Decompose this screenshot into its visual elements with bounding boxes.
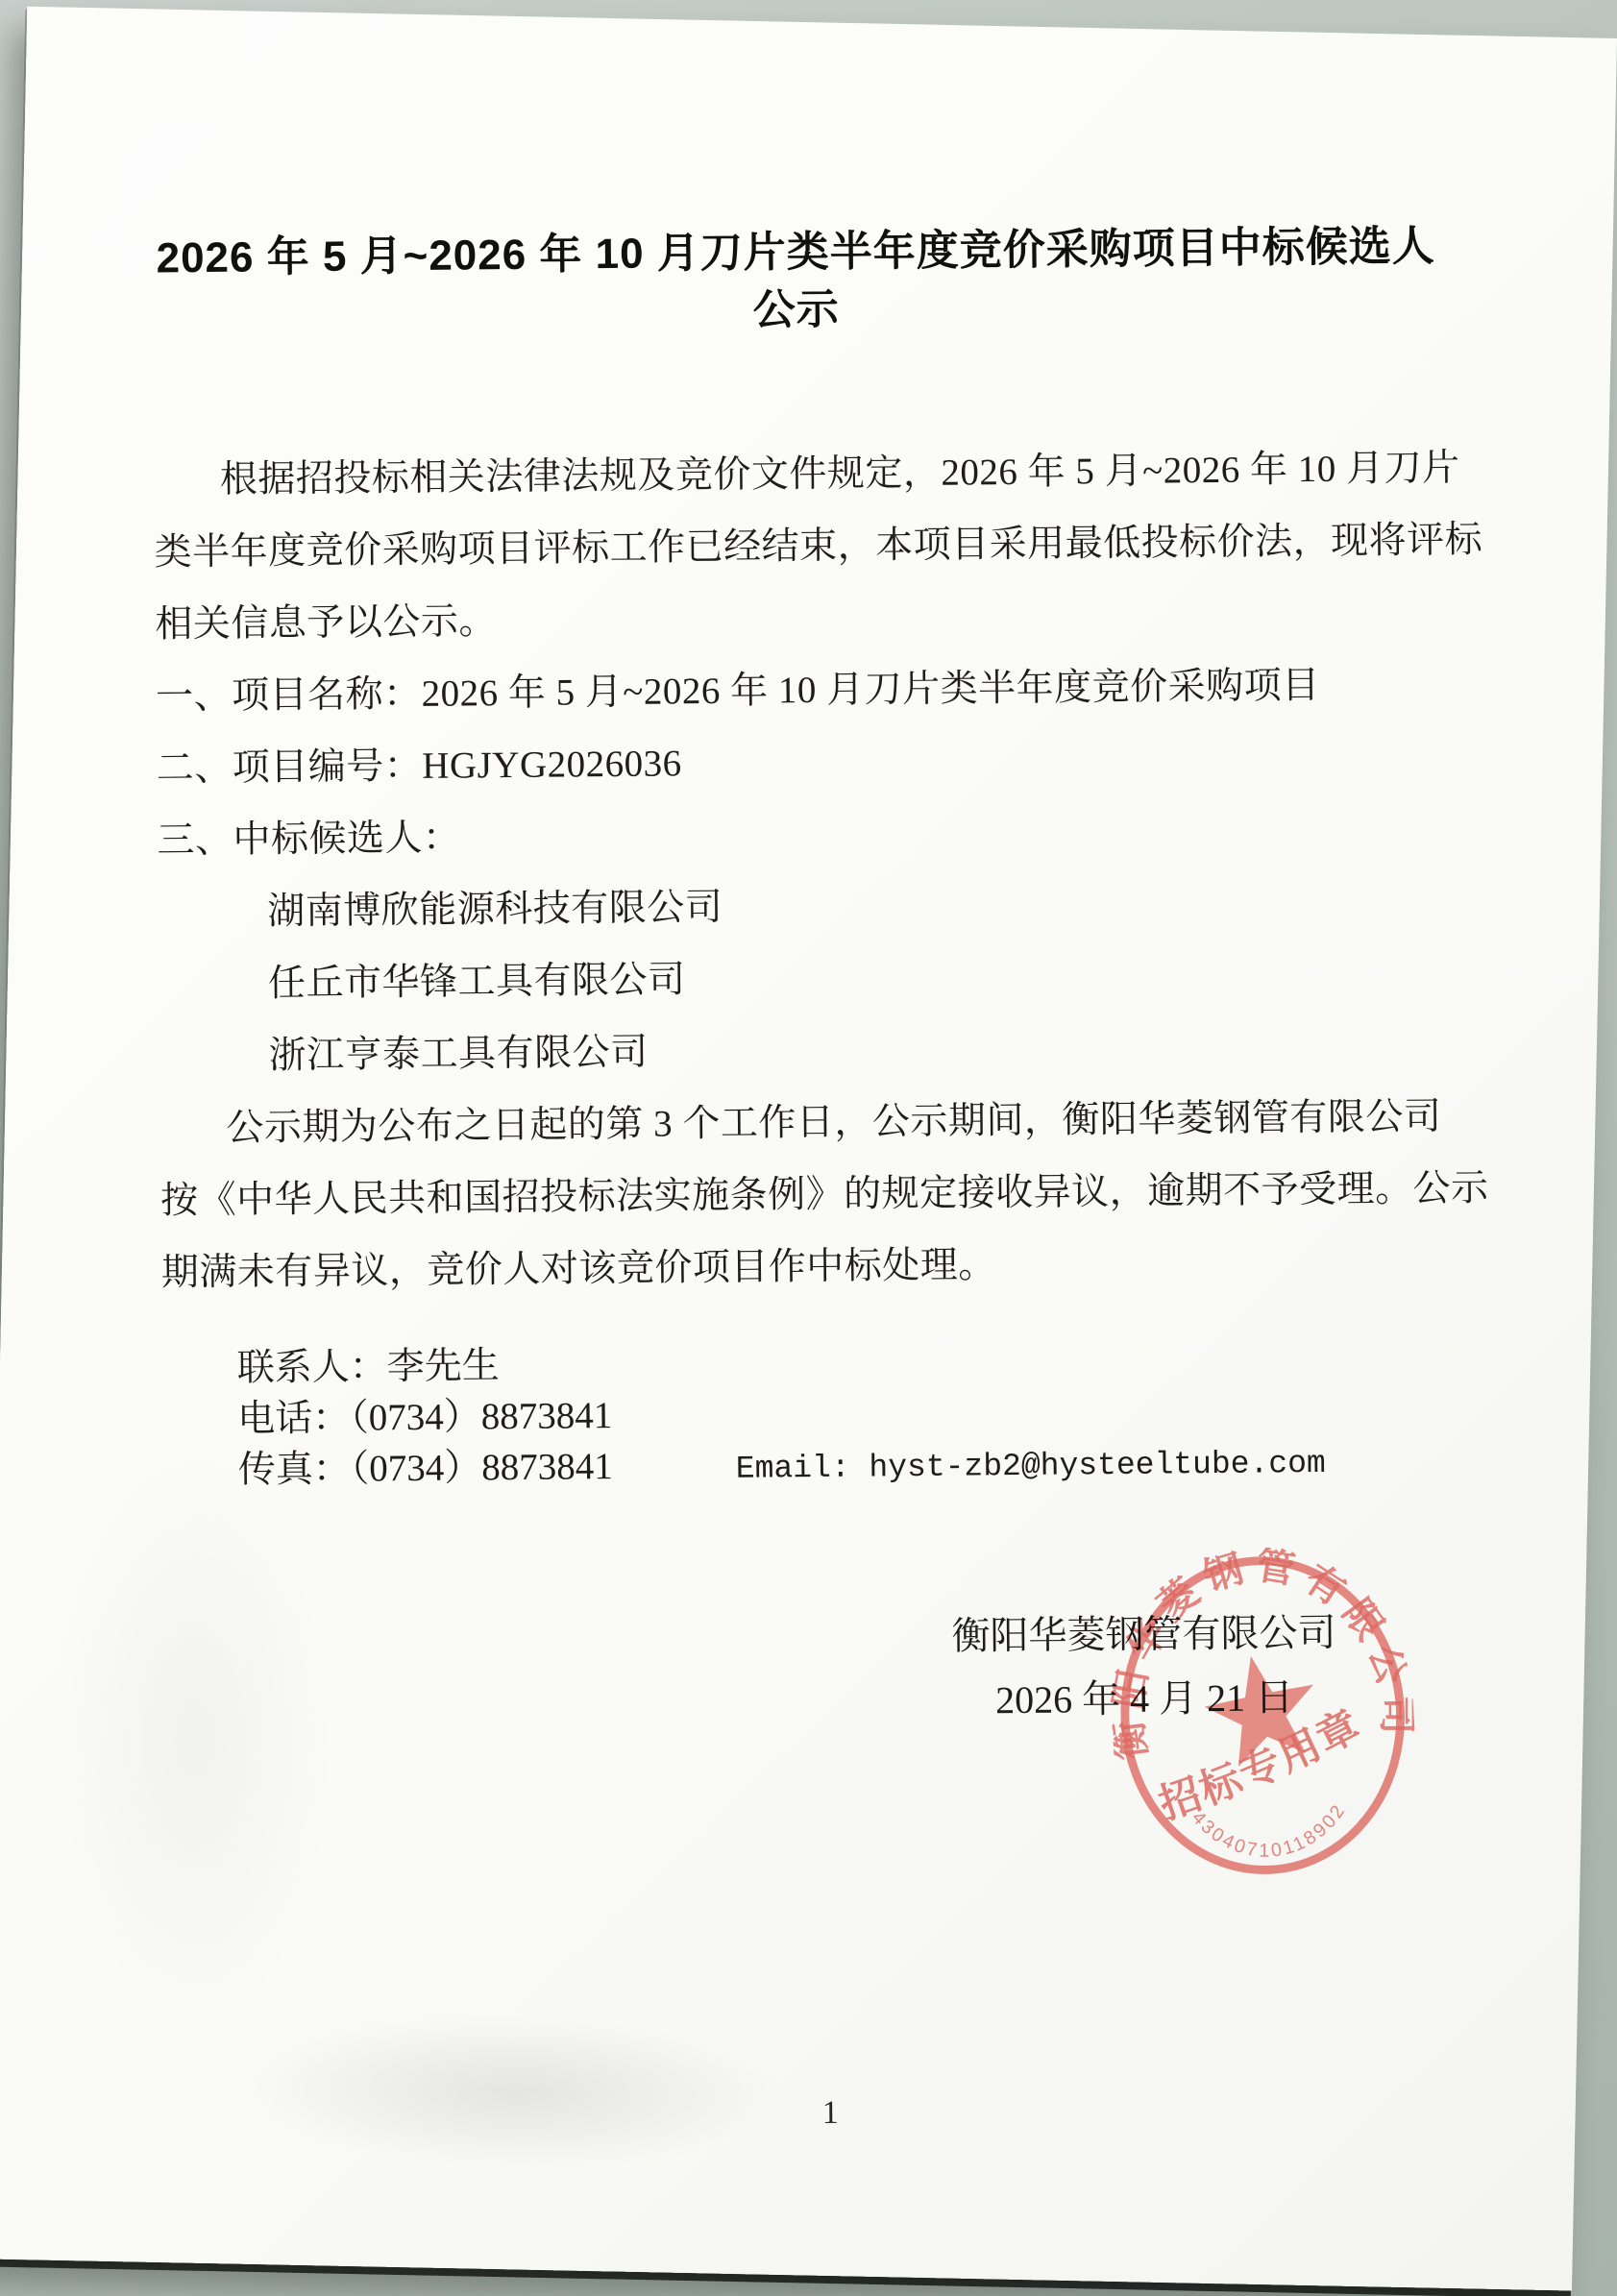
project-number-line: 二、项目编号：HGJYG2026036 xyxy=(156,721,1456,805)
intro-line-2: 类半年度竞价采购项目评标工作已经结束，本项目采用最低投标价法，现将评标 xyxy=(154,504,1454,589)
candidate-name-3: 浙江亨泰工具有限公司 xyxy=(159,1009,1458,1093)
contact-fax-value: 传真：（0734）8873841 xyxy=(238,1446,613,1491)
contact-fax-line: 传真：（0734）8873841Email: hyst-zb2@hysteelt… xyxy=(163,1433,1462,1501)
scan-background: 2026 年 5 月~2026 年 10 月刀片类半年度竞价采购项目中标候选人公… xyxy=(0,0,1617,2296)
notice-line-2: 按《中华人民共和国招投标法实施条例》的规定接收异议，逾期不予受理。公示 xyxy=(160,1153,1460,1237)
notice-line-1: 公示期为公布之日起的第 3 个工作日，公示期间，衡阳华菱钢管有限公司 xyxy=(159,1081,1459,1165)
candidate-name-2: 任丘市华锋工具有限公司 xyxy=(159,937,1458,1021)
contact-email: Email: hyst-zb2@hysteeltube.com xyxy=(736,1446,1326,1487)
candidates-label-line: 三、中标候选人： xyxy=(157,793,1457,877)
page-title: 2026 年 5 月~2026 年 10 月刀片类半年度竞价采购项目中标候选人公… xyxy=(149,218,1442,346)
document-content: 2026 年 5 月~2026 年 10 月刀片类半年度竞价采购项目中标候选人公… xyxy=(0,14,1605,2283)
contact-block: 联系人：李先生 电话：（0734）8873841 传真：（0734）887384… xyxy=(162,1331,1463,1501)
paper: 2026 年 5 月~2026 年 10 月刀片类半年度竞价采购项目中标候选人公… xyxy=(0,7,1617,2291)
company-seal: 衡阳华菱钢管有限公司 招标专用章 43040710118902 xyxy=(1102,1539,1424,1895)
page-number: 1 xyxy=(763,2094,897,2132)
intro-line-1: 根据招投标相关法律法规及竞价文件规定，2026 年 5 月~2026 年 10 … xyxy=(154,432,1454,517)
document-body: 根据招投标相关法律法规及竞价文件规定，2026 年 5 月~2026 年 10 … xyxy=(154,432,1461,1309)
project-name-line: 一、项目名称：2026 年 5 月~2026 年 10 月刀片类半年度竞价采购项… xyxy=(156,648,1456,733)
intro-line-3: 相关信息予以公示。 xyxy=(155,576,1455,661)
notice-line-3: 期满未有异议，竞价人对该竞价项目作中标处理。 xyxy=(160,1225,1460,1309)
candidate-name-1: 湖南博欣能源科技有限公司 xyxy=(158,865,1458,949)
